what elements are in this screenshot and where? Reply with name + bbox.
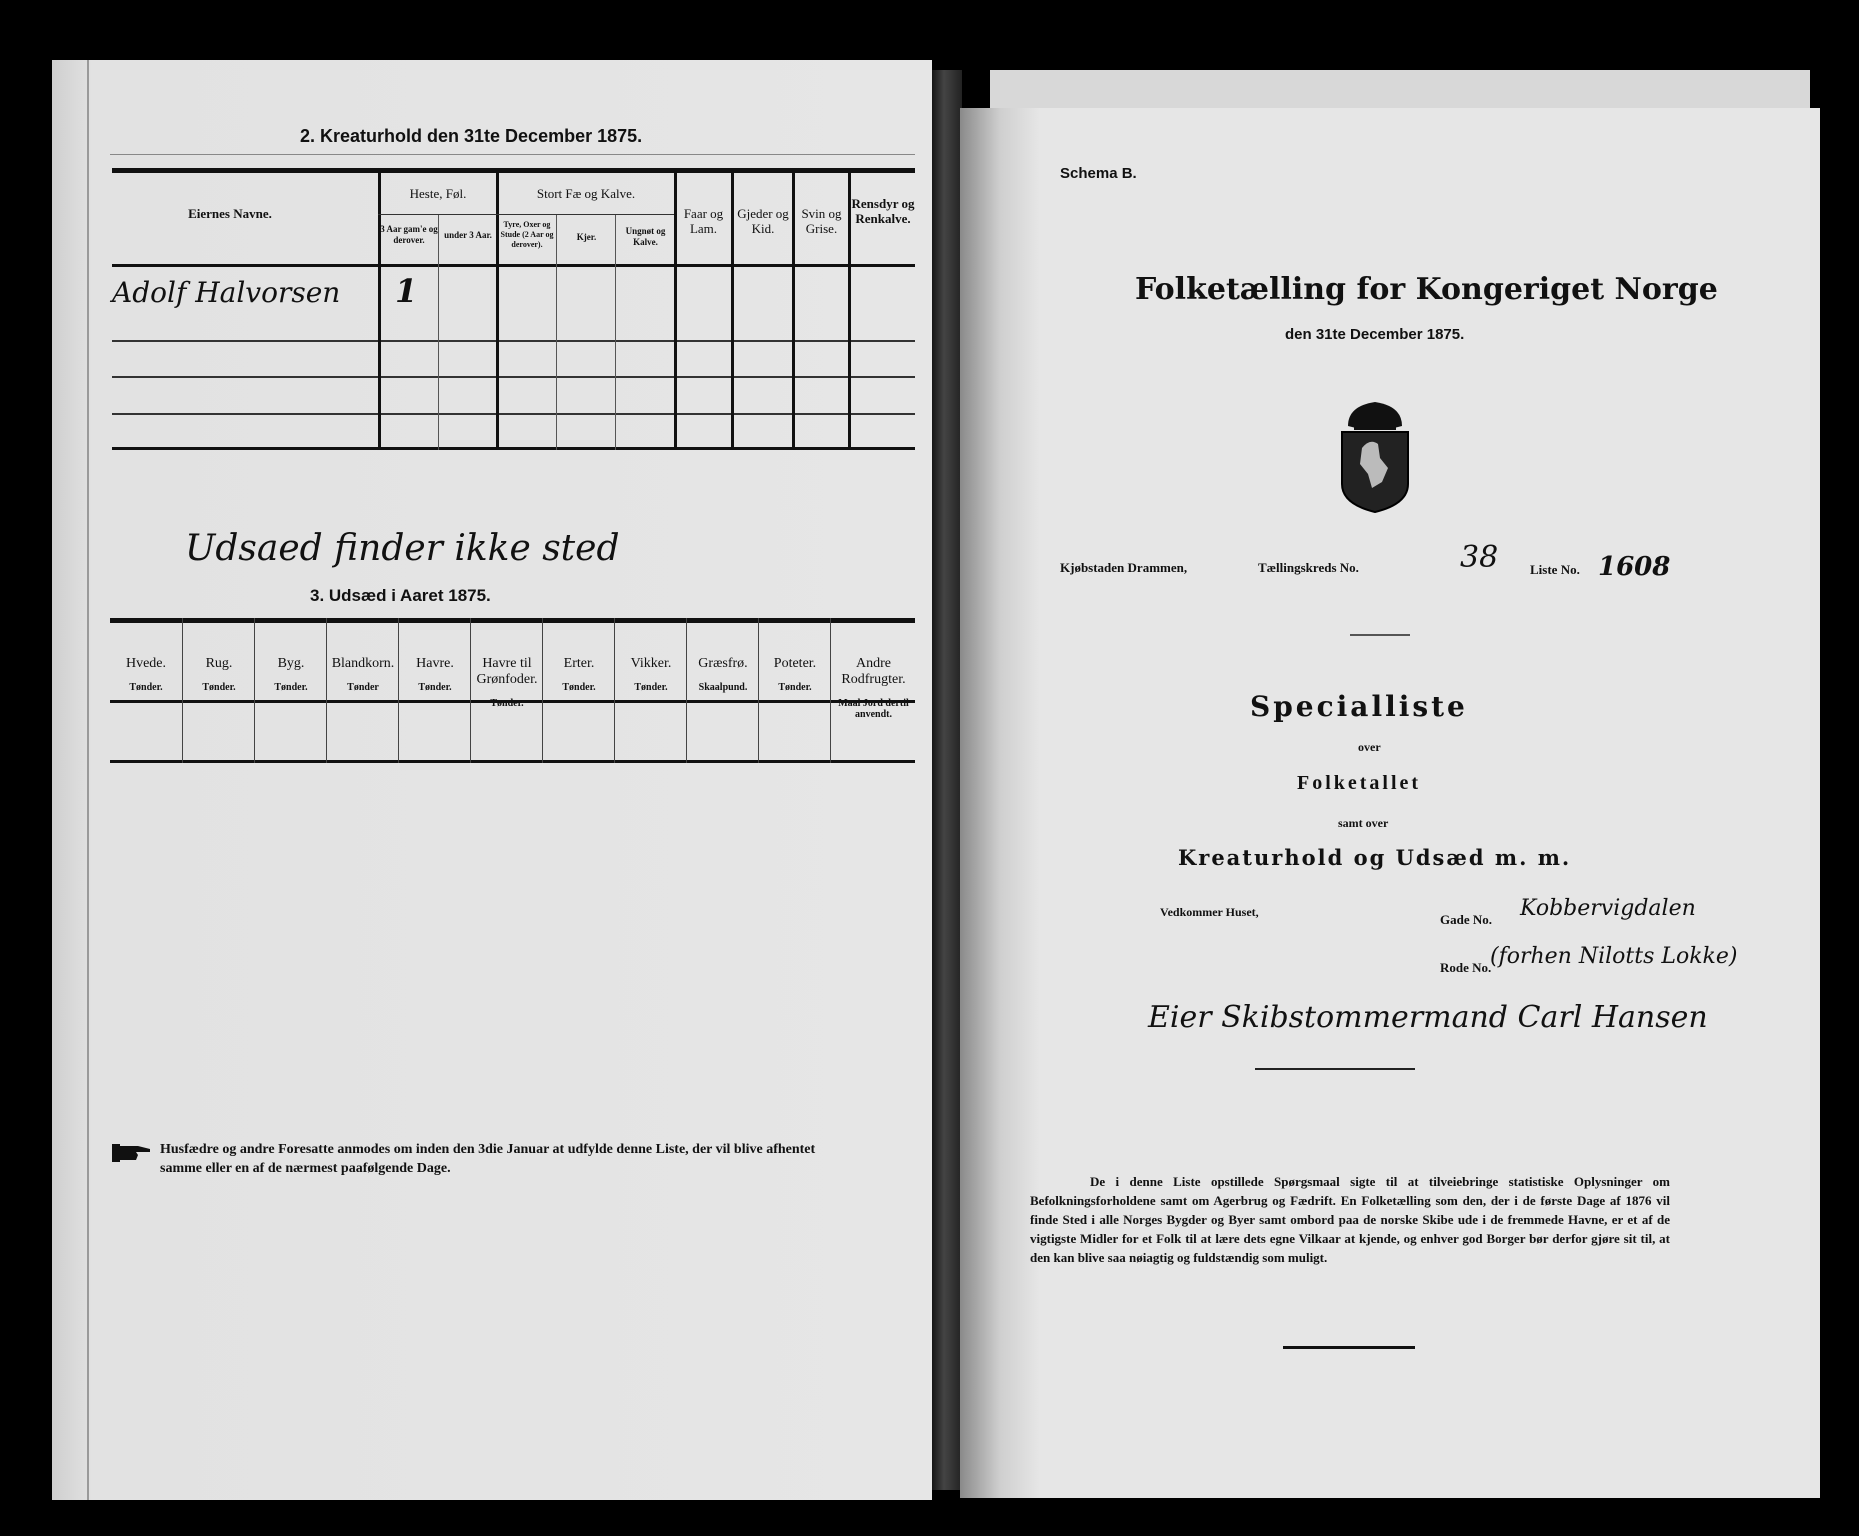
seed-column-unit: Tønder. — [110, 682, 182, 693]
town-label: Kjøbstaden Drammen, — [1060, 560, 1187, 576]
heading-specialliste: Specialliste — [1250, 690, 1468, 723]
seed-column-unit: Tønder. — [183, 682, 255, 693]
col-cows: Kjer. — [558, 232, 615, 243]
seed-section-title: 3. Udsæd i Aaret 1875. — [310, 586, 491, 606]
seed-column: Erter.Tønder. — [542, 618, 615, 763]
seed-column-name: Rug. — [183, 656, 255, 672]
notice-text: Husfædre og andre Foresatte anmodes om i… — [160, 1140, 860, 1178]
col-horses-3plus: 3 Aar gam'e og derover. — [380, 224, 438, 246]
divider — [1255, 1068, 1415, 1070]
col-sheep: Faar og Lam. — [676, 206, 731, 236]
census-title: Folketælling for Kongeriget Norge — [1135, 272, 1718, 307]
seed-column-unit: Maal Jord dertil anvendt. — [831, 698, 916, 720]
col-goats: Gjeder og Kid. — [734, 206, 792, 236]
district-number: 38 — [1460, 540, 1498, 575]
col-bulls: Tyre, Oxer og Stude (2 Aar og derover). — [498, 220, 556, 250]
col-horses-under3: under 3 Aar. — [440, 230, 496, 241]
seed-column-name: Hvede. — [110, 656, 182, 672]
heading-samt-over: samt over — [1338, 816, 1388, 831]
right-page — [960, 108, 1820, 1498]
handwritten-no-seed-note: Udsaed finder ikke sted — [185, 528, 620, 569]
seed-column: Byg.Tønder. — [254, 618, 327, 763]
seed-column-unit: Tønder — [327, 682, 399, 693]
seed-column-name: Poteter. — [759, 656, 831, 672]
seed-column: Poteter.Tønder. — [758, 618, 831, 763]
seed-column-name: Vikker. — [615, 656, 687, 672]
district-label: Tællingskreds No. — [1258, 560, 1359, 576]
seed-column: Havre.Tønder. — [398, 618, 471, 763]
seed-table: Hvede.Tønder.Rug.Tønder.Byg.Tønder.Bland… — [110, 618, 915, 763]
seed-column-name: Havre til Grønfoder. — [471, 656, 543, 688]
seed-column: Havre til Grønfoder.Tønder. — [470, 618, 543, 763]
col-horses: Heste, Føl. — [380, 186, 496, 201]
census-date: den 31te December 1875. — [1285, 326, 1464, 343]
horses-3plus-cell: 1 — [395, 272, 417, 310]
seed-column: Blandkorn.Tønder — [326, 618, 399, 763]
seed-column: Græsfrø.Skaalpund. — [686, 618, 759, 763]
seed-column: Andre Rodfrugter.Maal Jord dertil anvend… — [830, 618, 916, 763]
col-pigs: Svin og Grise. — [795, 206, 848, 236]
col-owner: Eiernes Navne. — [140, 206, 320, 221]
book-spine — [932, 70, 962, 1490]
seed-column-unit: Tønder. — [399, 682, 471, 693]
divider — [1350, 634, 1410, 636]
seed-column-unit: Tønder. — [759, 682, 831, 693]
schema-label: Schema B. — [1060, 165, 1137, 182]
street-label: Gade No. — [1440, 912, 1492, 928]
seed-column-name: Erter. — [543, 656, 615, 672]
col-cattle: Stort Fæ og Kalve. — [498, 186, 674, 201]
list-label: Liste No. — [1530, 562, 1580, 578]
rode-value: (forhen Nilotts Lokke) — [1490, 944, 1738, 969]
street-value: Kobbervigdalen — [1520, 896, 1696, 921]
seed-column-name: Andre Rodfrugter. — [831, 656, 916, 688]
house-label: Vedkommer Huset, — [1160, 905, 1259, 920]
seed-column-name: Havre. — [399, 656, 471, 672]
left-page-margin-line — [87, 60, 89, 1500]
seed-column-unit: Tønder. — [615, 682, 687, 693]
seed-column-name: Græsfrø. — [687, 656, 759, 672]
owner-name-cell: Adolf Halvorsen — [112, 276, 340, 309]
right-page-stack — [990, 70, 1810, 112]
seed-column: Hvede.Tønder. — [110, 618, 182, 763]
heading-over: over — [1358, 740, 1381, 755]
divider — [1283, 1346, 1415, 1349]
list-number: 1608 — [1598, 552, 1670, 582]
pointing-hand-icon — [112, 1142, 152, 1164]
norwegian-coat-of-arms-icon — [1338, 398, 1412, 514]
owner-line: Eier Skibstommermand Carl Hansen — [1148, 1000, 1708, 1035]
seed-column-unit: Tønder. — [471, 698, 543, 709]
seed-column: Rug.Tønder. — [182, 618, 255, 763]
col-young-cattle: Ungnøt og Kalve. — [617, 226, 674, 248]
footer-paragraph: De i denne Liste opstillede Spørgsmaal s… — [1030, 1172, 1670, 1267]
rode-label: Rode No. — [1440, 960, 1491, 976]
heading-folketallet: Folketallet — [1297, 772, 1421, 795]
col-reindeer: Rensdyr og Renkalve. — [851, 196, 915, 226]
livestock-section-title: 2. Kreaturhold den 31te December 1875. — [300, 126, 642, 147]
seed-column: Vikker.Tønder. — [614, 618, 687, 763]
seed-column-name: Blandkorn. — [327, 656, 399, 672]
seed-column-name: Byg. — [255, 656, 327, 672]
heading-livestock-seed: Kreaturhold og Udsæd m. m. — [1178, 845, 1571, 870]
seed-column-unit: Skaalpund. — [687, 682, 759, 693]
seed-column-unit: Tønder. — [543, 682, 615, 693]
seed-column-unit: Tønder. — [255, 682, 327, 693]
